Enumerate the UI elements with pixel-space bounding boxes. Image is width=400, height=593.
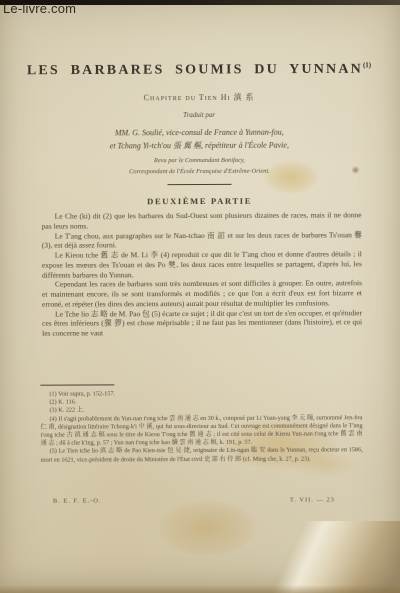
section-heading: DEUXIÈME PARTIE <box>0 195 400 207</box>
journal-signature: B. E. F. E.-O. <box>41 497 102 504</box>
body-paragraph: Le Tche lio 志 略 de M. Pao 包 (5) écarte c… <box>42 308 362 339</box>
author-line: et Tchang Yi-tch'ou 張 翼 樞, répétiteur à … <box>0 138 399 153</box>
footnotes-block: (1) Voir supra, p. 152-157. (2) K. 116. … <box>40 389 362 464</box>
footnote: (5) Le Tien tche lio 滇 志 略 de Pao Kien-t… <box>41 447 363 465</box>
title-footnote-ref: (1) <box>363 61 371 69</box>
page-footer: B. E. F. E.-O. T. VII. — 23 <box>41 496 363 504</box>
article-title: LES BARBARES SOUMIS DU YUNNAN(1) <box>0 61 399 79</box>
article-title-text: LES BARBARES SOUMIS DU YUNNAN <box>27 62 363 78</box>
tome-signature: T. VII. — 23 <box>290 496 363 503</box>
translated-by-label: Traduit par <box>0 110 399 120</box>
footnote-separator-rule <box>40 384 114 385</box>
scanned-page: Le-livre.com LES BARBARES SOUMIS DU YUNN… <box>0 0 400 593</box>
reviewer-block: Revu par le Commandant Bonifacy, Corresp… <box>0 155 399 178</box>
body-paragraph: Le Che (ki) dit (2) que les barbares du … <box>42 210 362 231</box>
body-paragraph: Cependant les races de barbares sont trè… <box>42 279 362 310</box>
chapter-subtitle: Chapitre du Tien Hi 滇 系 <box>0 91 399 104</box>
header-divider-rule <box>168 184 232 185</box>
body-paragraph: Le Kieou tche 舊 志 de M. Li 李 (4) reprodu… <box>42 249 362 280</box>
authors-block: MM. G. Soulié, vice-consul de France à Y… <box>0 125 399 153</box>
body-text: Le Che (ki) dit (2) que les barbares du … <box>42 210 363 338</box>
footnote: (4) Il s'agit probablement du Yun-nan t'… <box>41 414 363 448</box>
body-paragraph: Le T'ang chou, aux paragraphes sur le Na… <box>42 230 362 251</box>
page-content: LES BARBARES SOUMIS DU YUNNAN(1) Chapitr… <box>0 0 400 593</box>
reviewer-line: Correspondant de l'École Française d'Ext… <box>0 166 399 178</box>
